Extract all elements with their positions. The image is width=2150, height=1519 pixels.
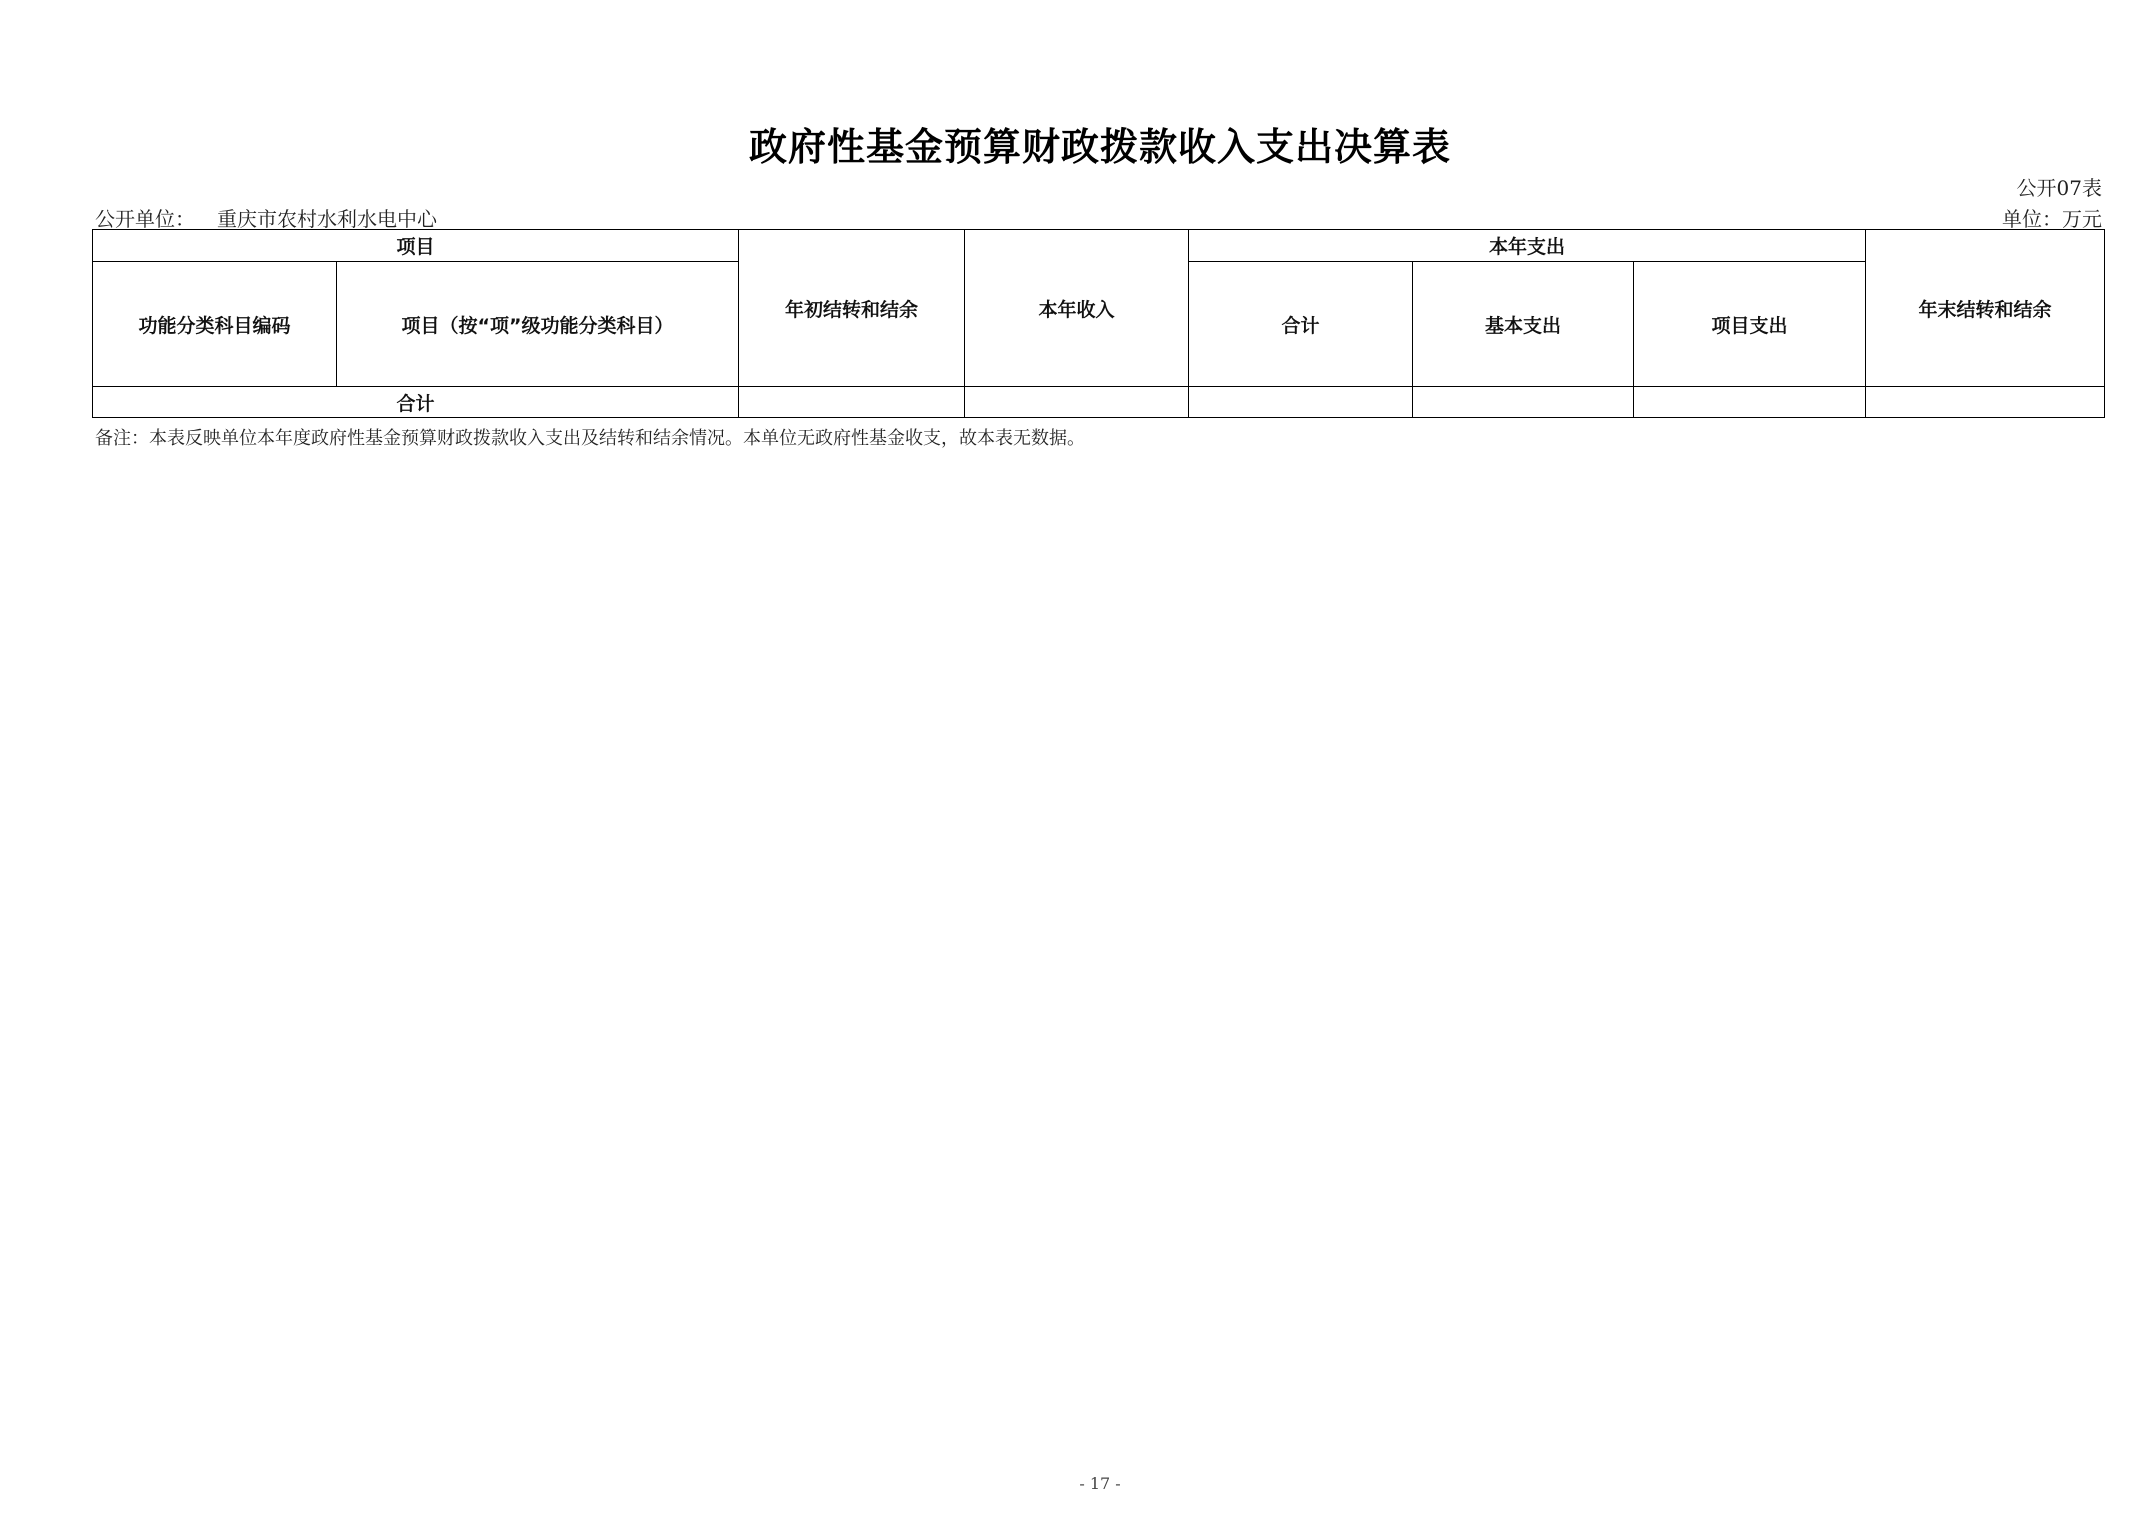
header-row-1: 项目 年初结转和结余 本年收入 本年支出 年末结转和结余 (93, 230, 2105, 262)
total-exp-project (1634, 387, 1866, 418)
header-exp-total: 合计 (1189, 262, 1413, 387)
header-project-group: 项目 (93, 230, 739, 262)
header-code: 功能分类科目编码 (93, 262, 337, 387)
header-closing-balance: 年末结转和结余 (1866, 230, 2105, 387)
page-number: - 17 - (0, 1474, 2150, 1493)
total-exp-basic (1413, 387, 1634, 418)
table-note: 备注：本表反映单位本年度政府性基金预算财政拨款收入支出及结转和结余情况。本单位无… (95, 424, 1085, 450)
form-number: 公开07表 (2017, 172, 2102, 201)
total-exp-total (1189, 387, 1413, 418)
currency-unit: 单位：万元 (2002, 203, 2102, 232)
total-closing-balance (1866, 387, 2105, 418)
reporting-unit: 公开单位：重庆市农村水利水电中心 (95, 203, 437, 232)
header-exp-project: 项目支出 (1634, 262, 1866, 387)
reporting-unit-label: 公开单位： (95, 207, 195, 231)
reporting-unit-name: 重庆市农村水利水电中心 (217, 207, 437, 231)
header-exp-basic: 基本支出 (1413, 262, 1634, 387)
header-current-income: 本年收入 (965, 230, 1189, 387)
header-project-name: 项目（按“项”级功能分类科目） (337, 262, 739, 387)
page-title: 政府性基金预算财政拨款收入支出决算表 (0, 116, 2150, 171)
total-current-income (965, 387, 1189, 418)
header-opening-balance: 年初结转和结余 (739, 230, 965, 387)
total-label: 合计 (93, 387, 739, 418)
total-row: 合计 (93, 387, 2105, 418)
budget-table: 项目 年初结转和结余 本年收入 本年支出 年末结转和结余 功能分类科目编码 项目… (92, 229, 2105, 418)
total-opening-balance (739, 387, 965, 418)
header-expenditure-group: 本年支出 (1189, 230, 1866, 262)
